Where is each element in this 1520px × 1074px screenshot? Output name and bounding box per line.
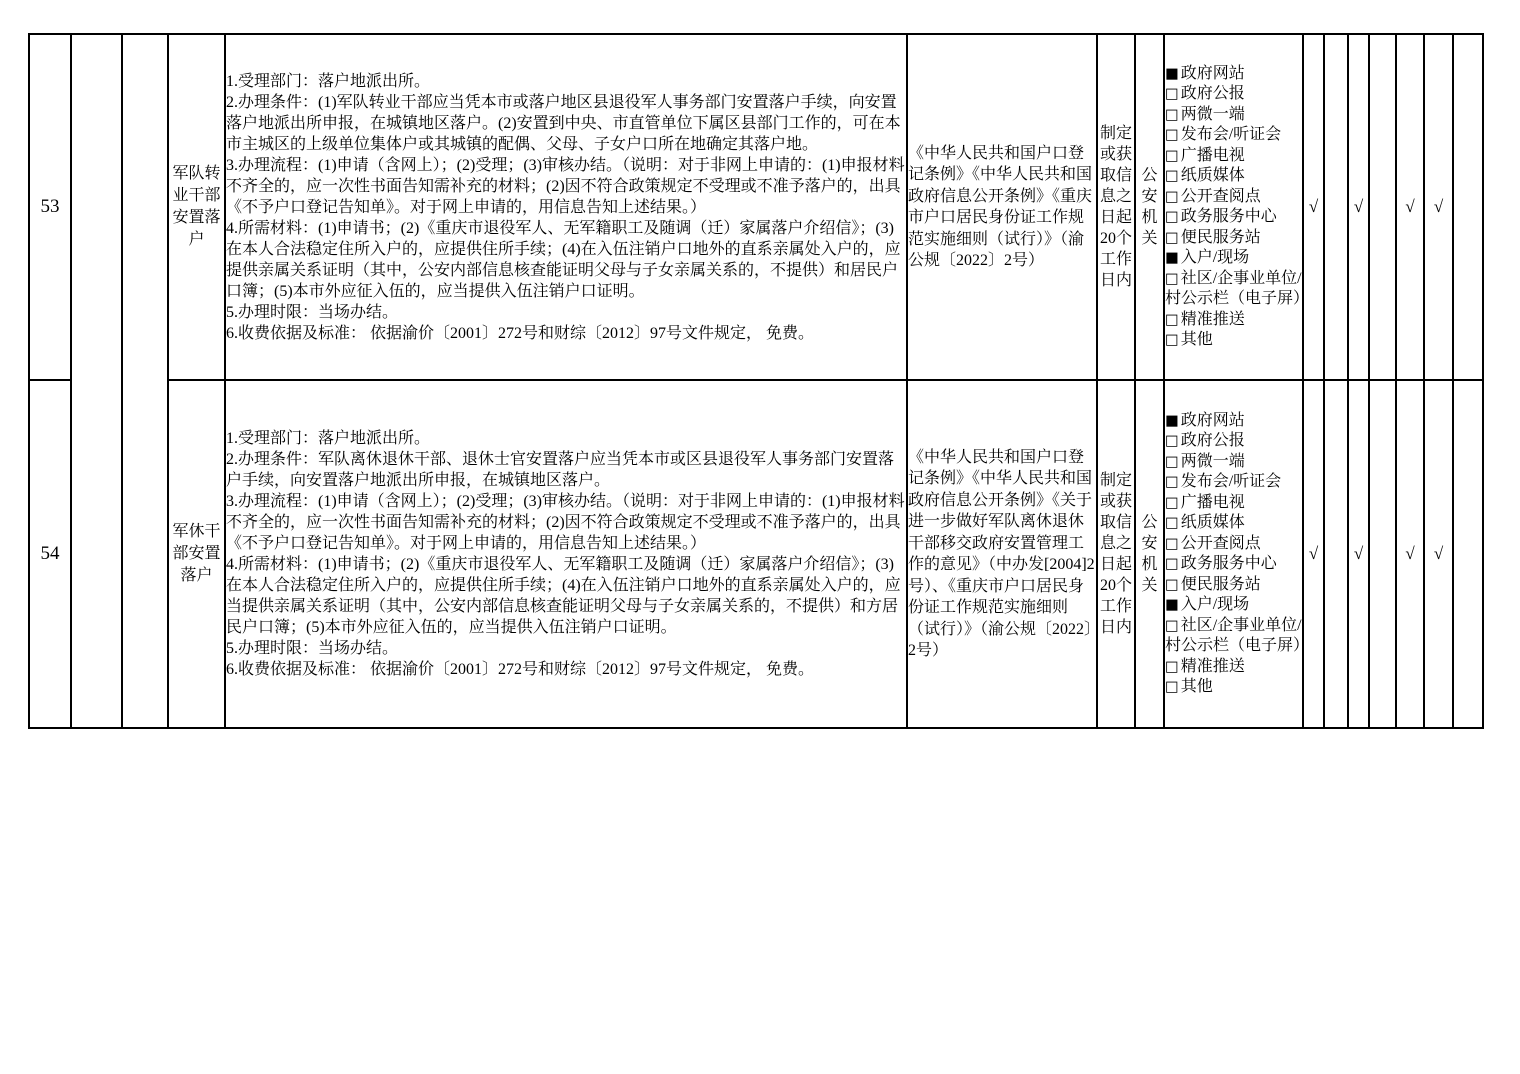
channel-label: 政府网站 (1181, 65, 1245, 82)
channel-label: 社区/企事业单位/村公示栏（电子屏） (1165, 617, 1303, 655)
check-cell (1453, 380, 1483, 728)
legal-basis: 《中华人民共和国户口登记条例》《中华人民共和国政府信息公开条例》《重庆市户口居民… (907, 34, 1097, 380)
time-limit: 制定 或获 取信 息之 日起 20个 工作 日内 (1097, 34, 1135, 380)
channel-label: 入户/现场 (1181, 249, 1249, 266)
check-cell: √ (1303, 34, 1324, 380)
detail-item: 1.受理部门：落户地派出所。 (226, 428, 906, 449)
channel-label: 两微一端 (1181, 106, 1245, 123)
channel-item: □广播电视 (1165, 146, 1302, 167)
check-cell (1324, 34, 1348, 380)
checkbox-icon: □ (1165, 312, 1179, 328)
channel-label: 公开查阅点 (1181, 535, 1261, 552)
check-cell (1369, 34, 1396, 380)
category-cell-merged-2 (122, 34, 168, 728)
channel-item: □发布会/听证会 (1165, 472, 1302, 493)
channel-item: □纸质媒体 (1165, 513, 1302, 534)
checkbox-icon: □ (1165, 86, 1179, 102)
detail-item: 4.所需材料：(1)申请书；(2)《重庆市退役军人、无军籍职工及随调（迁）家属落… (226, 218, 906, 302)
channel-item: □广播电视 (1165, 493, 1302, 514)
channel-label: 精准推送 (1181, 658, 1245, 675)
disclosure-channel-list: ■政府网站 □政府公报 □两微一端 □发布会/听证会 □广播电视 □纸质媒体 □… (1164, 34, 1303, 380)
checkbox-icon: □ (1165, 127, 1179, 143)
row-number: 54 (29, 380, 71, 728)
checkbox-icon: □ (1165, 679, 1179, 695)
checkbox-icon: □ (1165, 168, 1179, 184)
channel-label: 便民服务站 (1181, 229, 1261, 246)
channel-label: 政务服务中心 (1181, 555, 1277, 572)
channel-label: 广播电视 (1181, 147, 1245, 164)
channel-item: □精准推送 (1165, 657, 1302, 678)
item-name: 军队转业干部安置落户 (168, 34, 225, 380)
detail-item: 2.办理条件：(1)军队转业干部应当凭本市或落户地区县退役军人事务部门安置落户手… (226, 92, 906, 155)
channel-item: □两微一端 (1165, 452, 1302, 473)
channel-label: 精准推送 (1181, 311, 1245, 328)
checkbox-icon: □ (1165, 556, 1179, 572)
channel-item: ■政府网站 (1165, 411, 1302, 432)
channel-label: 社区/企事业单位/村公示栏（电子屏） (1165, 270, 1303, 308)
table-row-54: 54 军休干部安置落户 1.受理部门：落户地派出所。 2.办理条件：军队离休退休… (29, 380, 1483, 728)
checkbox-icon: □ (1165, 618, 1179, 634)
checkbox-icon: □ (1165, 209, 1179, 225)
checkbox-icon: □ (1165, 515, 1179, 531)
checkbox-icon: □ (1165, 495, 1179, 511)
check-cell (1369, 380, 1396, 728)
channel-item: □发布会/听证会 (1165, 125, 1302, 146)
channel-item: ■入户/现场 (1165, 248, 1302, 269)
detail-item: 5.办理时限：当场办结。 (226, 638, 906, 659)
channel-item: □精准推送 (1165, 310, 1302, 331)
check-cell (1453, 34, 1483, 380)
channel-item: □纸质媒体 (1165, 166, 1302, 187)
channel-label: 政府网站 (1181, 412, 1245, 429)
channel-item: □政务服务中心 (1165, 207, 1302, 228)
channel-label: 入户/现场 (1181, 596, 1249, 613)
checkbox-icon: ■ (1165, 66, 1179, 82)
checkbox-icon: □ (1165, 271, 1179, 287)
channel-item: □政务服务中心 (1165, 554, 1302, 575)
document-page: 53 军队转业干部安置落户 1.受理部门：落户地派出所。 2.办理条件：(1)军… (0, 0, 1520, 1074)
check-cell: √ (1348, 34, 1369, 380)
checkbox-icon: □ (1165, 433, 1179, 449)
channel-label: 纸质媒体 (1181, 167, 1245, 184)
detail-item: 3.办理流程：(1)申请（含网上）；(2)受理；(3)审核办结。（说明：对于非网… (226, 155, 906, 218)
channel-label: 公开查阅点 (1181, 188, 1261, 205)
channel-label: 发布会/听证会 (1181, 126, 1281, 143)
check-cell: √ (1396, 380, 1424, 728)
channel-item: □其他 (1165, 330, 1302, 351)
checkbox-icon: □ (1165, 454, 1179, 470)
channel-item: □政府公报 (1165, 431, 1302, 452)
channel-item: □公开查阅点 (1165, 534, 1302, 555)
disclosure-channel-list: ■政府网站 □政府公报 □两微一端 □发布会/听证会 □广播电视 □纸质媒体 □… (1164, 380, 1303, 728)
detail-item: 3.办理流程：(1)申请（含网上）；(2)受理；(3)审核办结。（说明：对于非网… (226, 491, 906, 554)
detail-item: 6.收费依据及标准： 依据渝价〔2001〕272号和财综〔2012〕97号文件规… (226, 659, 906, 680)
check-cell: √ (1396, 34, 1424, 380)
channel-item: □社区/企事业单位/村公示栏（电子屏） (1165, 616, 1302, 657)
checkbox-icon: □ (1165, 230, 1179, 246)
legal-basis: 《中华人民共和国户口登记条例》《中华人民共和国政府信息公开条例》《关于进一步做好… (907, 380, 1097, 728)
channel-label: 其他 (1181, 331, 1213, 348)
checkbox-icon: ■ (1165, 597, 1179, 613)
channel-item: ■入户/现场 (1165, 595, 1302, 616)
channel-item: □公开查阅点 (1165, 187, 1302, 208)
detail-item: 4.所需材料：(1)申请书；(2)《重庆市退役军人、无军籍职工及随调（迁）家属落… (226, 554, 906, 638)
checkbox-icon: □ (1165, 474, 1179, 490)
public-disclosure-items-table: 53 军队转业干部安置落户 1.受理部门：落户地派出所。 2.办理条件：(1)军… (28, 33, 1484, 729)
row-number: 53 (29, 34, 71, 380)
channel-label: 政府公报 (1181, 85, 1245, 102)
checkbox-icon: □ (1165, 148, 1179, 164)
channel-item: □社区/企事业单位/村公示栏（电子屏） (1165, 269, 1302, 310)
detail-item: 5.办理时限：当场办结。 (226, 302, 906, 323)
channel-item: □两微一端 (1165, 105, 1302, 126)
detail-item: 1.受理部门：落户地派出所。 (226, 71, 906, 92)
time-limit: 制定 或获 取信 息之 日起 20个 工作 日内 (1097, 380, 1135, 728)
check-cell: √ (1348, 380, 1369, 728)
detail-item: 6.收费依据及标准： 依据渝价〔2001〕272号和财综〔2012〕97号文件规… (226, 323, 906, 344)
checkbox-icon: □ (1165, 107, 1179, 123)
check-cell: √ (1303, 380, 1324, 728)
category-cell-merged-1 (71, 34, 122, 728)
check-cell (1324, 380, 1348, 728)
checkbox-icon: ■ (1165, 413, 1179, 429)
check-cell: √ (1424, 34, 1453, 380)
checkbox-icon: □ (1165, 659, 1179, 675)
channel-item: □政府公报 (1165, 84, 1302, 105)
checkbox-icon: □ (1165, 332, 1179, 348)
checkbox-icon: □ (1165, 189, 1179, 205)
item-name: 军休干部安置落户 (168, 380, 225, 728)
checkbox-icon: □ (1165, 536, 1179, 552)
channel-label: 政府公报 (1181, 432, 1245, 449)
check-cell: √ (1424, 380, 1453, 728)
responsible-agency: 公 安 机 关 (1135, 34, 1164, 380)
checkbox-icon: □ (1165, 577, 1179, 593)
channel-label: 两微一端 (1181, 453, 1245, 470)
detail-item: 2.办理条件：军队离休退休干部、退休士官安置落户应当凭本市或区县退役军人事务部门… (226, 449, 906, 491)
channel-label: 其他 (1181, 678, 1213, 695)
channel-item: □便民服务站 (1165, 575, 1302, 596)
channel-label: 发布会/听证会 (1181, 473, 1281, 490)
item-details: 1.受理部门：落户地派出所。 2.办理条件：(1)军队转业干部应当凭本市或落户地… (225, 34, 907, 380)
channel-label: 便民服务站 (1181, 576, 1261, 593)
channel-item: □其他 (1165, 677, 1302, 698)
channel-label: 纸质媒体 (1181, 514, 1245, 531)
channel-item: □便民服务站 (1165, 228, 1302, 249)
checkbox-icon: ■ (1165, 250, 1179, 266)
item-details: 1.受理部门：落户地派出所。 2.办理条件：军队离休退休干部、退休士官安置落户应… (225, 380, 907, 728)
channel-label: 政务服务中心 (1181, 208, 1277, 225)
responsible-agency: 公 安 机 关 (1135, 380, 1164, 728)
table-row-53: 53 军队转业干部安置落户 1.受理部门：落户地派出所。 2.办理条件：(1)军… (29, 34, 1483, 380)
channel-label: 广播电视 (1181, 494, 1245, 511)
channel-item: ■政府网站 (1165, 64, 1302, 85)
